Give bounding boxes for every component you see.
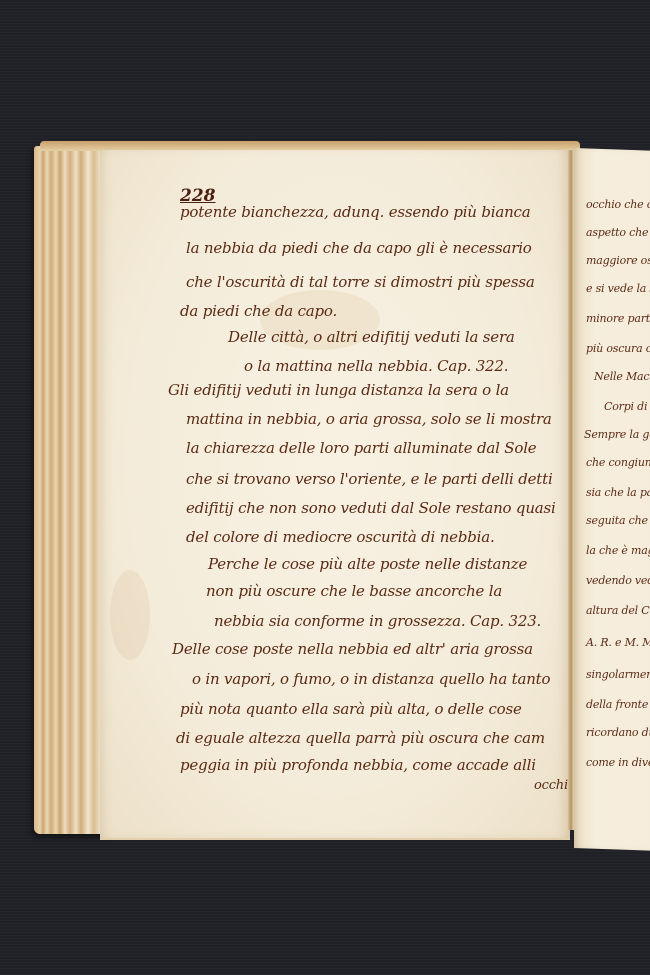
text-line: minore parte di ne [586, 312, 650, 325]
text-line: Sempre la gola o [584, 428, 650, 441]
text-line: maggiore oscurità [586, 254, 650, 267]
open-manuscript: 228 potente bianchezza, adunq. essendo p… [0, 0, 650, 975]
text-line: come in diverse [586, 756, 650, 769]
text-line: che congiunge ha [586, 456, 650, 469]
text-line: sia che la parte [586, 486, 650, 499]
text-line: più oscura che [586, 342, 650, 355]
text-line: la che è maggiore [586, 544, 650, 557]
text-line: aspetto che vi è [586, 226, 650, 239]
text-line: vedendo vedi M. [586, 574, 650, 587]
text-line: Corpi di Cont [604, 400, 650, 413]
text-line: della fronte nasc [586, 698, 650, 711]
text-line: Nelle Macchie di [594, 370, 650, 383]
right-page-text: occhio che credendo aspetto che vi è mag… [0, 0, 650, 975]
text-line: altura del Cielo [586, 604, 650, 617]
text-line: e si vede la so [586, 282, 650, 295]
text-line: ricordano due [586, 726, 650, 739]
text-line: A. R. e M. M. il [586, 636, 650, 649]
text-line: occhio che credendo [586, 198, 650, 211]
text-line: seguita che nel Co [586, 514, 650, 527]
text-line: singolarmente alcung [586, 668, 650, 681]
